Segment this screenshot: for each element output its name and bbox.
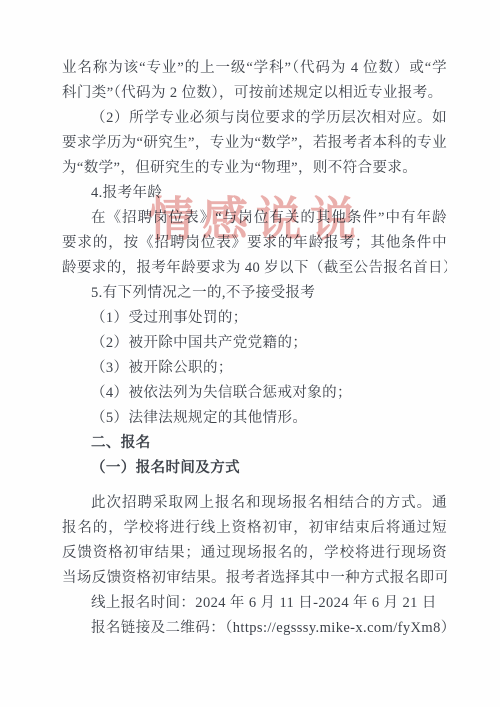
doc-line: 为“数学”，但研究生的专业为“物理”，则不符合要求。 [62, 156, 447, 181]
doc-line: 龄要求的，报考年龄要求为 40 岁以下（截至公告报名首日）。 [62, 256, 447, 281]
doc-line-list-item-4: （4）被依法列为失信联合惩戒对象的； [62, 381, 447, 406]
doc-line-list-item-1: （1）受过刑事处罚的； [62, 306, 447, 331]
doc-line: 报名的，学校将进行线上资格初审，初审结束后将通过短信形式 [62, 516, 447, 541]
doc-line-list-item-2: （2）被开除中国共产党党籍的； [62, 331, 447, 356]
doc-line: 当场反馈资格初审结果。报考者选择其中一种方式报名即可。 [62, 566, 447, 591]
doc-line: 此次招聘采取网上报名和现场报名相结合的方式。通过网上 [62, 491, 447, 516]
doc-line: （2）所学专业必须与岗位要求的学历层次相对应。如岗位 [62, 106, 447, 131]
doc-line-signup-time: 线上报名时间：2024 年 6 月 11 日-2024 年 6 月 21 日 [62, 591, 447, 616]
document-body: 业名称为该“专业”的上一级“学科”（代码为 4 位数）或“学 科门类”（代码为 … [62, 56, 447, 641]
document-page: 情感说说 业名称为该“专业”的上一级“学科”（代码为 4 位数）或“学 科门类”… [0, 0, 500, 707]
doc-line-list-item-5: （5）法律法规规定的其他情形。 [62, 406, 447, 431]
doc-line: 在《招聘岗位表》“与岗位有关的其他条件”中有年龄限制 [62, 206, 447, 231]
doc-line-signup-link: 报名链接及二维码：（https://egsssy.mike-x.com/fyXm… [62, 616, 447, 641]
doc-line: 业名称为该“专业”的上一级“学科”（代码为 4 位数）或“学 [62, 56, 447, 81]
doc-line: 要求学历为“研究生”，专业为“数学”，若报考者本科的专业 [62, 131, 447, 156]
doc-heading-subsection-1: （一）报名时间及方式 [62, 456, 447, 481]
doc-line-list-item-3: （3）被开除公职的； [62, 356, 447, 381]
doc-line: 反馈资格初审结果；通过现场报名的，学校将进行现场资格初审， [62, 541, 447, 566]
doc-heading-section-2: 二、报名 [62, 431, 447, 456]
doc-line: 科门类”（代码为 2 位数），可按前述规定以相近专业报考。 [62, 81, 447, 106]
doc-line: 要求的，按《招聘岗位表》要求的年龄报考；其他条件中没有年 [62, 231, 447, 256]
doc-line-section-4-age: 4.报考年龄 [62, 181, 447, 206]
doc-line-section-5: 5.有下列情况之一的,不予接受报考 [62, 281, 447, 306]
